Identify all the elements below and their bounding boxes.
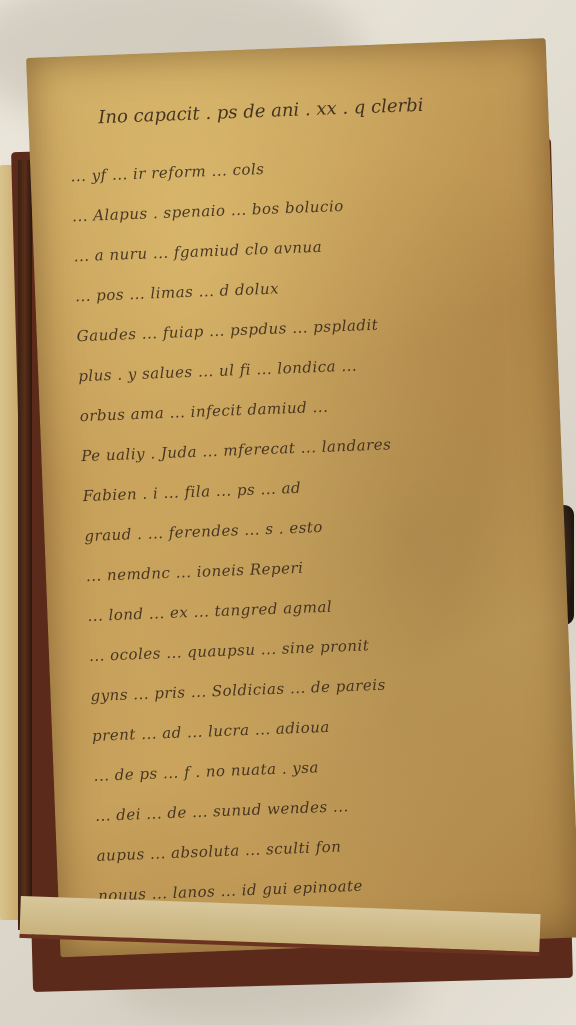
book-gutter [18,160,32,930]
manuscript-text: ... yf ... ir reform ... cols ... Alapus… [70,139,560,956]
manuscript-heading: Ino capacit . ps de ani . xx . q clerbi [98,95,424,128]
manuscript-page: Ino capacit . ps de ani . xx . q clerbi … [26,38,576,957]
